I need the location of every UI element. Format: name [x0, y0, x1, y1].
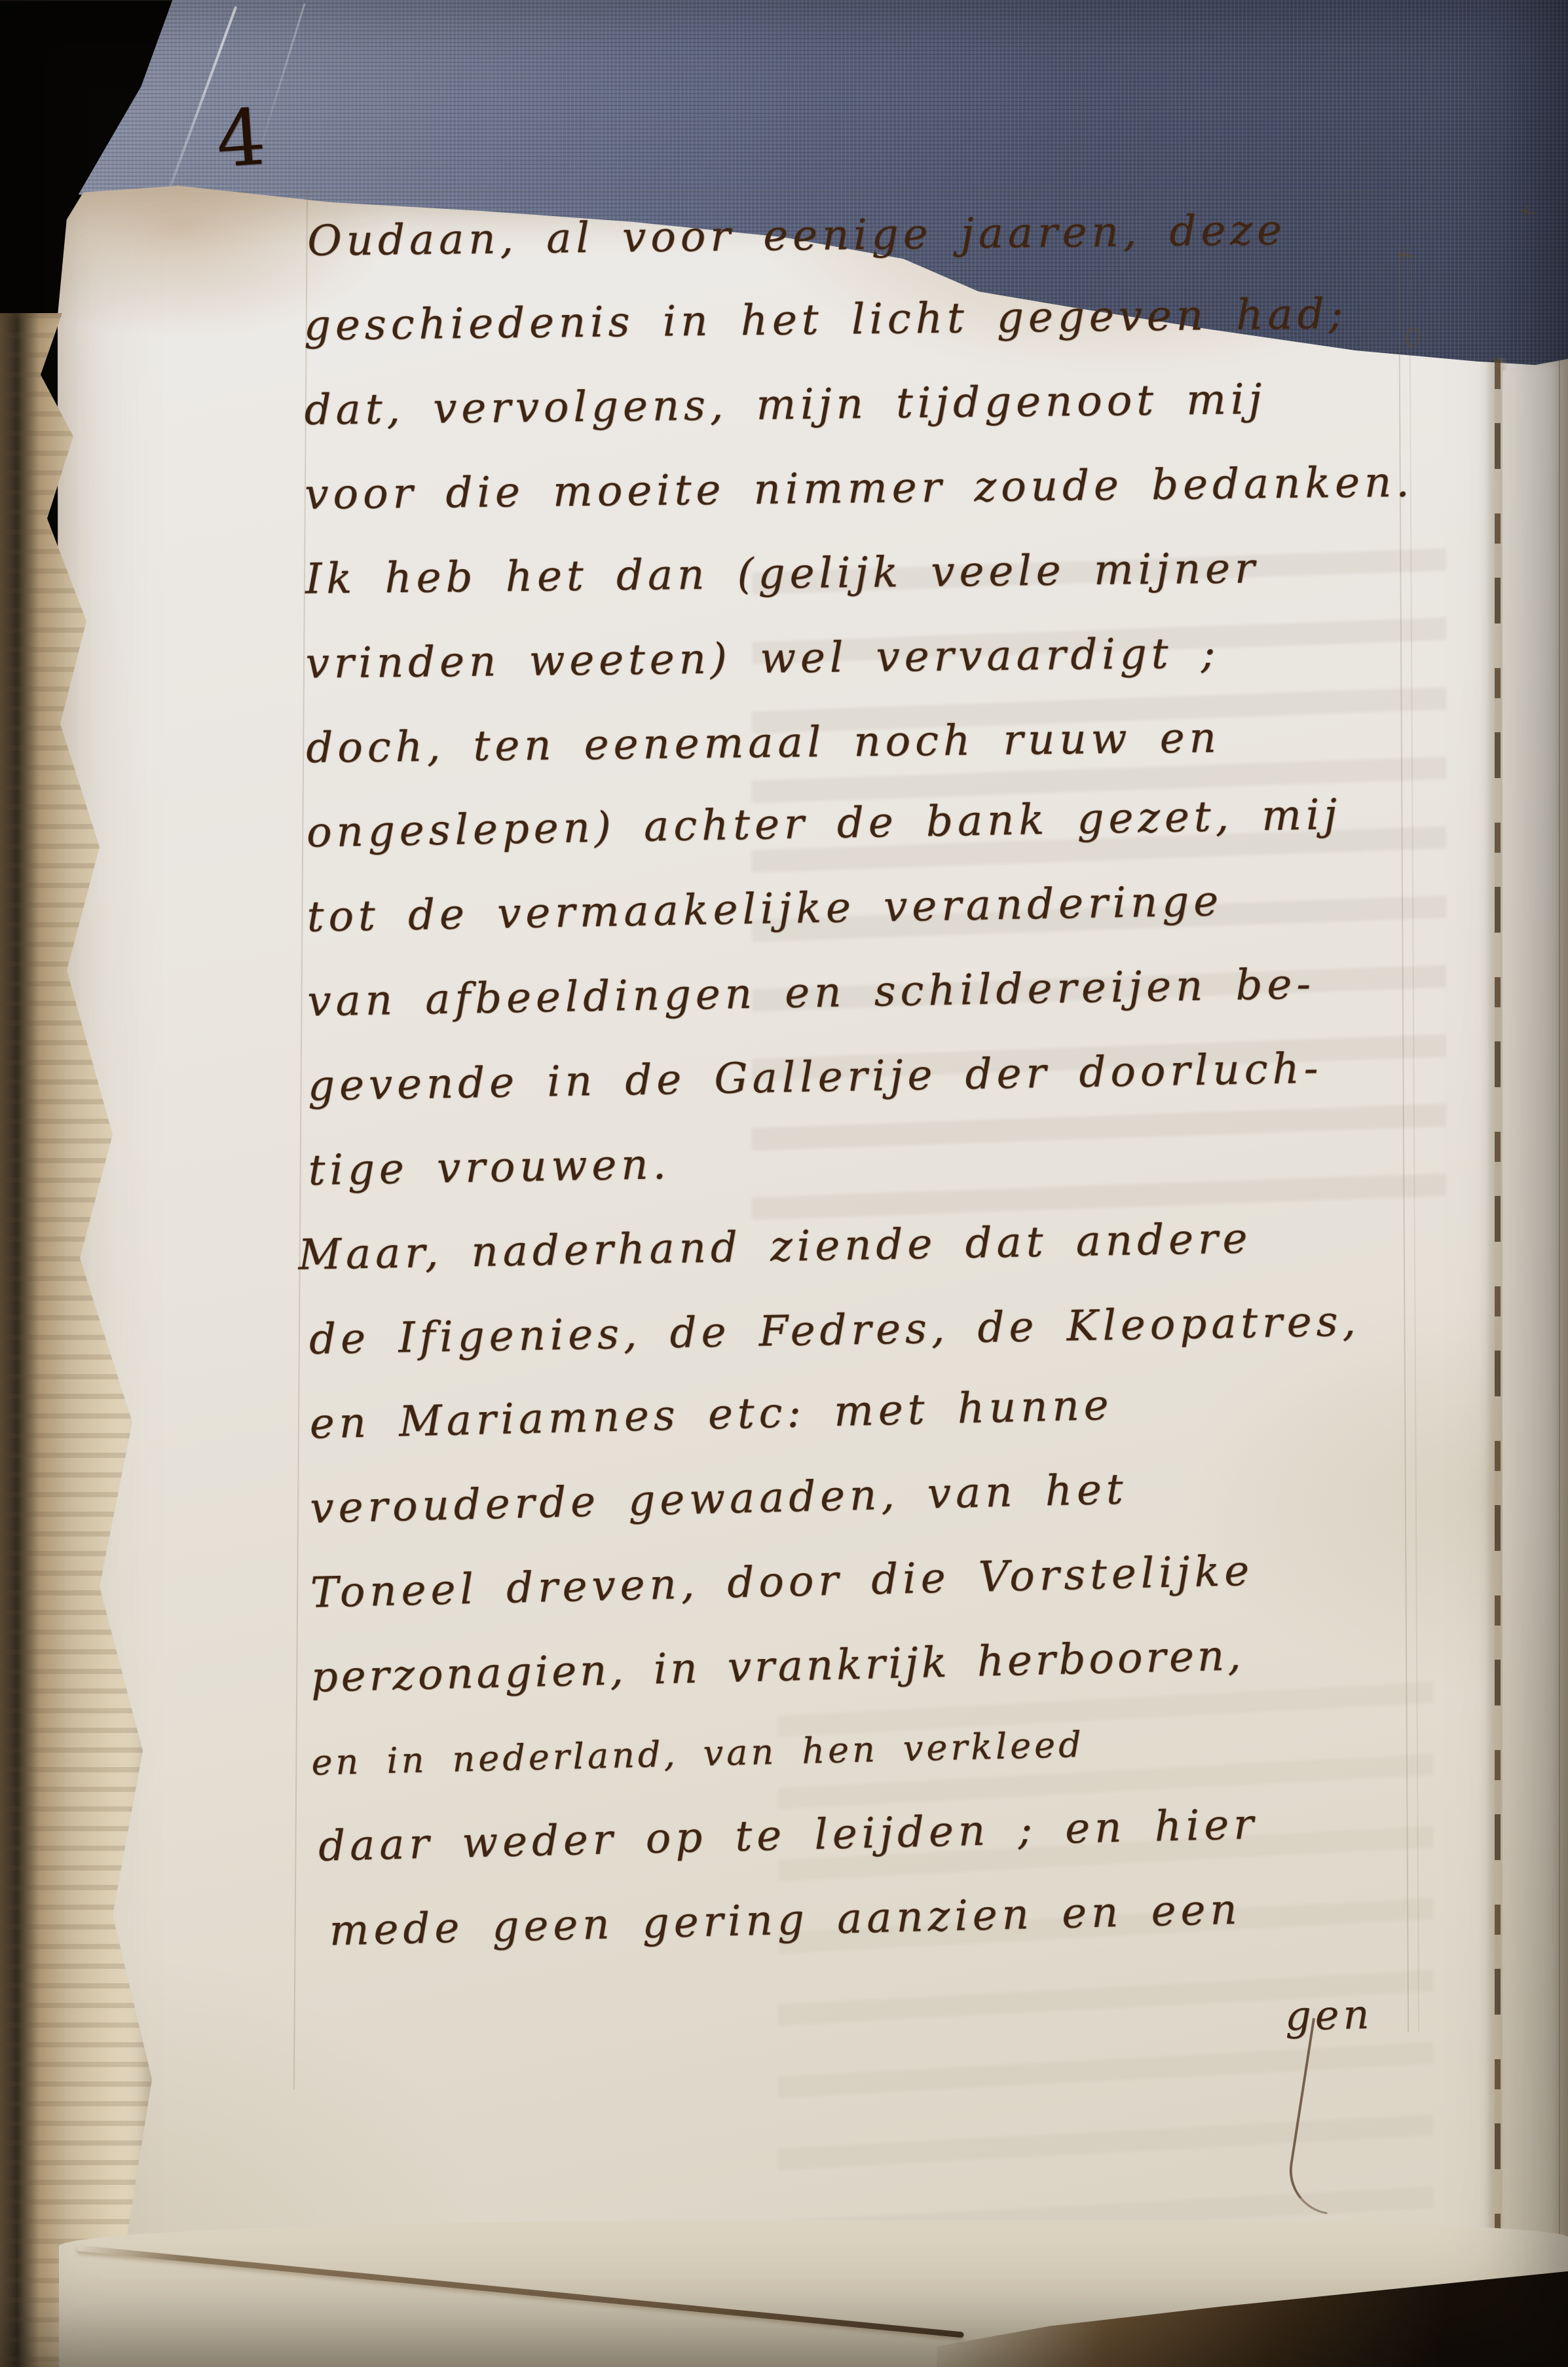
- manuscript-line: Oudaan, al voor eenige jaaren, deze: [307, 187, 1470, 284]
- manuscript-line: vrinden weeten) wel vervaardigt ;: [305, 608, 1472, 706]
- next-page-edge: [1503, 359, 1568, 2367]
- manuscript-line: voor die moeite nimmer zoude bedanken.: [305, 439, 1471, 537]
- manuscript-line: Ik heb het dan (gelijk veele mijner: [305, 524, 1471, 622]
- manuscript-text-block: Oudaan, al voor eenige jaaren, dezegesch…: [303, 193, 1478, 1973]
- catchword: gen: [1284, 1979, 1374, 2053]
- manuscript-line: geschiedenis in het licht gegeven had;: [303, 270, 1470, 368]
- page-fold-gutter: [1495, 359, 1501, 2367]
- page-number: 4: [213, 92, 269, 185]
- manuscript-line: dat, vervolgens, mijn tijdgenoot mij: [304, 355, 1470, 453]
- manuscript-photo: { "document": { "kind": "handwritten man…: [0, 0, 1568, 2367]
